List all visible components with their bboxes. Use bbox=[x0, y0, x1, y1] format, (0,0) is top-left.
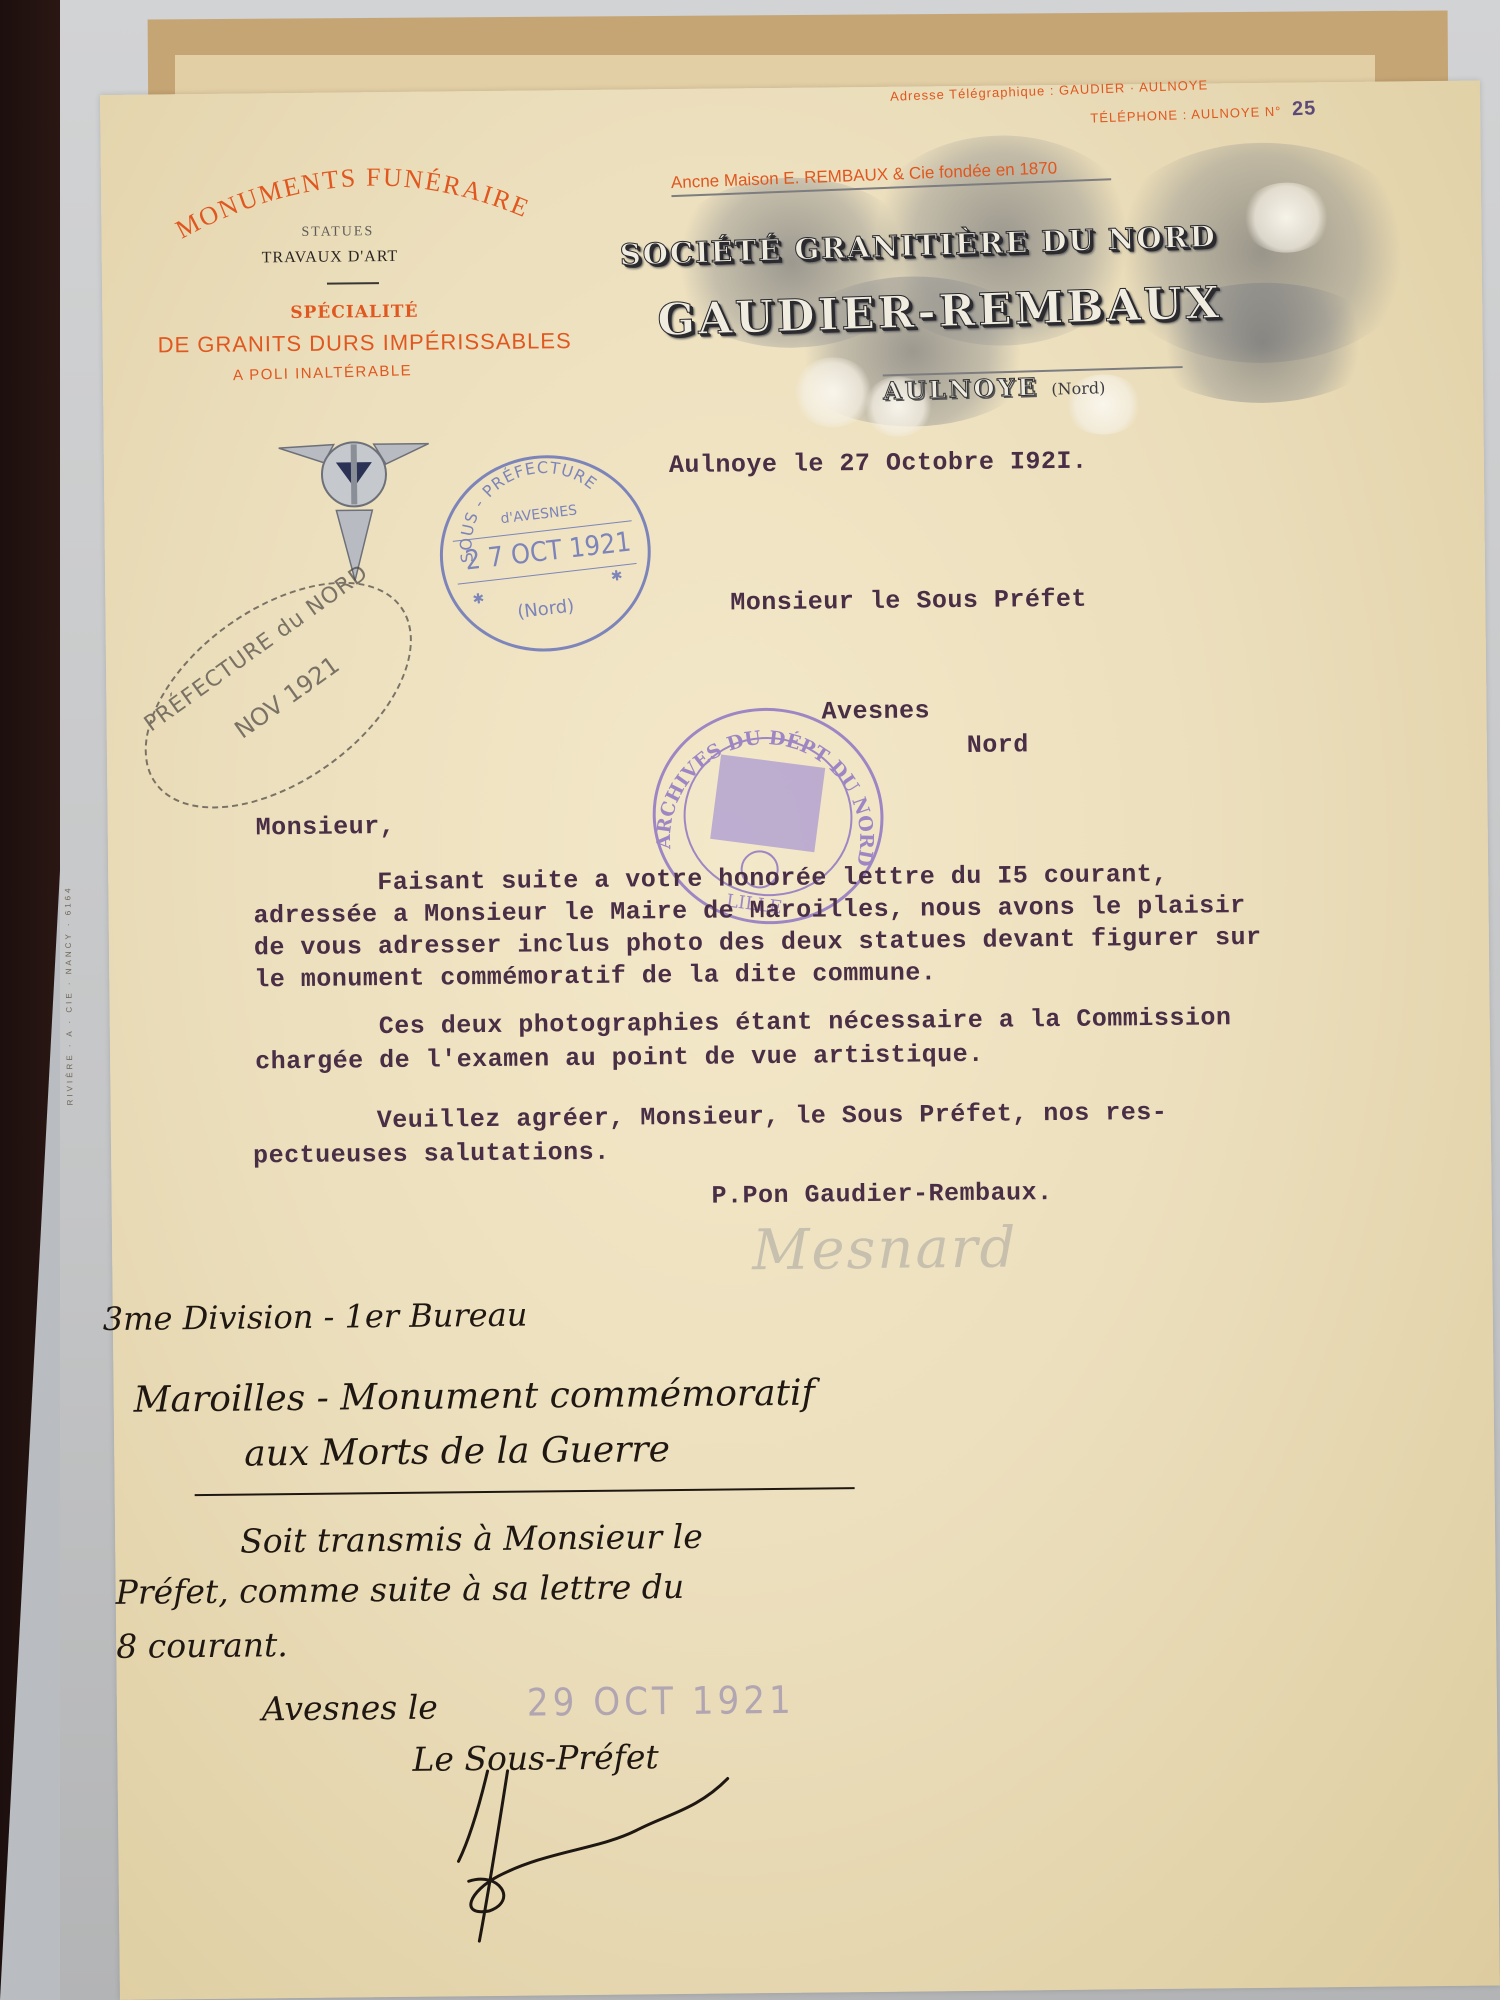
received-date-stamp: 29 OCT 1921 bbox=[527, 1678, 795, 1725]
header-divider bbox=[327, 282, 379, 285]
art-nouveau-ornament-icon bbox=[274, 432, 436, 584]
town-name: AULNOYE bbox=[883, 372, 1039, 405]
handwritten-note-2: Préfet, comme suite à sa lettre du bbox=[115, 1567, 684, 1612]
prefecture-stamp: PRÉFECTURE du NORD NOV 1921 bbox=[104, 536, 452, 854]
archives-flag-emblem-icon bbox=[710, 754, 825, 852]
sous-prefet-signature-icon bbox=[437, 1748, 759, 1951]
paragraph-3: Veuillez agréer, Monsieur, le Sous Préfe… bbox=[253, 1096, 1168, 1174]
letter-date: Aulnoye le 27 Octobre I92I. bbox=[669, 447, 1088, 480]
handwritten-division: 3me Division - 1er Bureau bbox=[103, 1296, 528, 1338]
recipient-name: Monsieur le Sous Préfet bbox=[730, 585, 1087, 618]
letter-sheet: Adresse Télégraphique : GAUDIER · AULNOY… bbox=[100, 81, 1500, 2000]
handwritten-subject-1: Maroilles - Monument commémoratif bbox=[133, 1373, 815, 1421]
typed-signature: P.Pon Gaudier-Rembaux. bbox=[711, 1178, 1052, 1211]
faint-signature: Mesnard bbox=[752, 1215, 1018, 1283]
recipient-city: Avesnes bbox=[821, 696, 930, 726]
travaux-label: TRAVAUX D'ART bbox=[262, 248, 399, 267]
salutation: Monsieur, bbox=[256, 812, 396, 842]
handwritten-note-1: Soit transmis à Monsieur le bbox=[240, 1517, 703, 1561]
handwritten-subject-2: aux Morts de la Guerre bbox=[244, 1429, 670, 1474]
stamp-sp-star-right-icon: ✱ bbox=[610, 568, 623, 585]
sous-prefecture-stamp: SOUS - PRÉFECTURE d'AVESNES 2 7 OCT 1921… bbox=[429, 444, 661, 663]
paragraph-2: Ces deux photographies étant nécessaire … bbox=[255, 1001, 1232, 1079]
handwritten-note-3: 8 courant. bbox=[116, 1625, 288, 1666]
handwritten-underline bbox=[195, 1487, 855, 1496]
town-region: (Nord) bbox=[1051, 378, 1106, 399]
handwritten-place: Avesnes le bbox=[262, 1688, 438, 1729]
recipient-region: Nord bbox=[967, 730, 1029, 760]
statues-label: STATUES bbox=[301, 224, 374, 241]
stamp-sp-star-left-icon: ✱ bbox=[472, 591, 485, 608]
specialite-label: SPÉCIALITÉ bbox=[290, 302, 418, 323]
paragraph-1: Faisant suite a votre honorée lettre du … bbox=[253, 858, 1262, 997]
poli-label: A POLI INALTÉRABLE bbox=[233, 362, 413, 384]
granits-label: DE GRANITS DURS IMPÉRISSABLES bbox=[157, 328, 571, 358]
